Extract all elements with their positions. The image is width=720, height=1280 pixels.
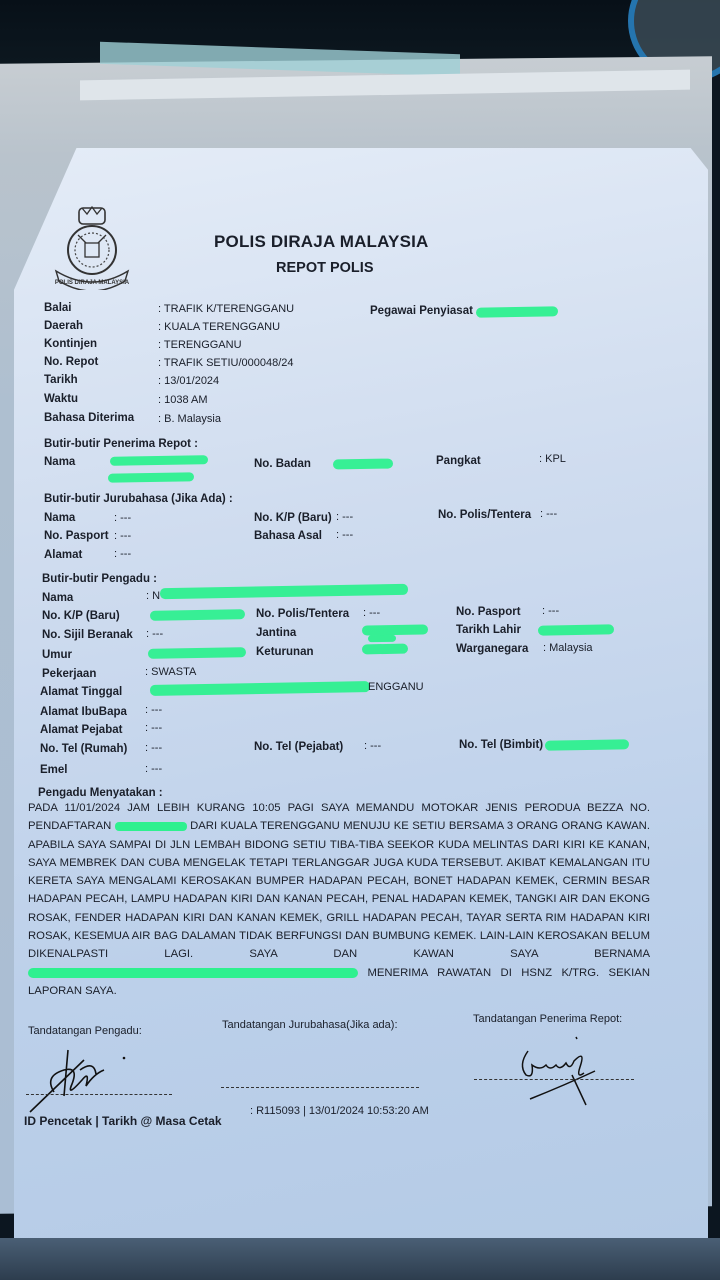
redaction-mark [28, 968, 358, 978]
interpreter-signature-label: Tandatangan Jurubahasa(Jika ada): [222, 1019, 398, 1031]
pdrm-crest-icon: POLIS DIRAJA MALAYSIA [52, 205, 132, 290]
redaction-mark [476, 306, 558, 317]
field-label: Pekerjaan [42, 668, 96, 680]
redaction-mark [148, 647, 246, 659]
rank-value: : KPL [539, 453, 566, 465]
field-label: Kontinjen [44, 338, 97, 350]
statement-body: PADA 11/01/2024 JAM LEBIH KURANG 10:05 P… [28, 799, 650, 1000]
org-title: POLIS DIRAJA MALAYSIA [214, 232, 429, 252]
field-label: Bahasa Diterima [44, 412, 134, 424]
report-title: REPOT POLIS [276, 260, 374, 276]
report-number: : TRAFIK SETIU/000048/24 [158, 357, 294, 369]
field-label: Keturunan [256, 646, 314, 658]
field-label: Nama [44, 512, 75, 524]
field-label: Waktu [44, 393, 78, 405]
complainant-signature-label: Tandatangan Pengadu: [28, 1025, 142, 1037]
svg-text:POLIS DIRAJA MALAYSIA: POLIS DIRAJA MALAYSIA [55, 280, 130, 286]
field-label: Umur [42, 649, 72, 661]
redaction-mark [362, 644, 408, 655]
print-info-value: : R115093 | 13/01/2024 10:53:20 AM [250, 1105, 429, 1117]
field-label: Alamat [44, 549, 82, 561]
field-value: : --- [146, 628, 163, 640]
field-value: : --- [363, 607, 380, 619]
field-value: : --- [336, 511, 353, 523]
print-info-label: ID Pencetak | Tarikh @ Masa Cetak [24, 1114, 222, 1128]
redaction-mark [538, 624, 614, 635]
field-label: Emel [40, 764, 68, 776]
field-value: : TRAFIK K/TERENGGANU [158, 303, 294, 315]
field-label: No. Badan [254, 458, 311, 470]
field-label: No. Repot [44, 356, 98, 368]
field-label: Tarikh [44, 374, 78, 386]
field-label: Nama [44, 456, 75, 468]
redaction-mark [150, 609, 245, 621]
field-value: : --- [145, 763, 162, 775]
field-value: : --- [145, 742, 162, 754]
recipient-signature-label: Tandatangan Penerima Repot: [473, 1013, 622, 1025]
field-value: : TERENGGANU [158, 339, 242, 351]
field-value: : B. Malaysia [158, 413, 221, 425]
field-label: No. Polis/Tentera [438, 509, 531, 521]
statement-text: DARI KUALA TERENGGANU MENUJU KE SETIU BE… [28, 820, 650, 960]
field-value: : --- [540, 508, 557, 520]
redaction-mark [362, 624, 428, 635]
field-value: : --- [336, 529, 353, 541]
field-value: : SWASTA [145, 666, 196, 678]
signature-line [474, 1079, 634, 1080]
redaction-mark [333, 458, 393, 469]
field-value: ENGGANU [368, 681, 424, 693]
field-value: : --- [542, 605, 559, 617]
field-value: : --- [364, 740, 381, 752]
section-title-complainant: Butir-butir Pengadu : [42, 573, 157, 585]
field-label: No. K/P (Baru) [254, 512, 332, 524]
redaction-mark [110, 455, 208, 466]
section-title-recipient: Butir-butir Penerima Repot : [44, 438, 198, 450]
field-label: No. Pasport [456, 606, 521, 618]
field-label: Balai [44, 302, 72, 314]
field-value: : --- [114, 512, 131, 524]
field-value: : --- [145, 704, 162, 716]
signature-line [221, 1087, 419, 1088]
complainant-signature [24, 1040, 134, 1115]
recipient-signature [510, 1035, 620, 1107]
field-label: No. Polis/Tentera [256, 608, 349, 620]
section-title-interpreter: Butir-butir Jurubahasa (Jika Ada) : [44, 493, 233, 505]
field-label: Tarikh Lahir [456, 624, 521, 636]
field-value: : Malaysia [543, 642, 593, 654]
field-value: : KUALA TERENGGANU [158, 321, 280, 333]
field-label: Jantina [256, 627, 296, 639]
field-value: : --- [114, 548, 131, 560]
field-label: Warganegara [456, 643, 528, 655]
redaction-mark [150, 681, 370, 696]
investigating-officer-label: Pegawai Penyiasat [370, 305, 473, 317]
field-label: Pangkat [436, 455, 481, 467]
field-label: No. K/P (Baru) [42, 610, 120, 622]
field-label: Alamat IbuBapa [40, 706, 127, 718]
field-label: No. Sijil Beranak [42, 629, 133, 641]
signature-line [26, 1094, 172, 1095]
statement-title: Pengadu Menyatakan : [38, 787, 163, 799]
redaction-mark [368, 635, 396, 642]
field-label: No. Tel (Bimbit) [459, 739, 543, 751]
report-time: : 1038 AM [158, 394, 208, 406]
field-label: Alamat Pejabat [40, 724, 122, 736]
redaction-mark [545, 739, 629, 750]
redaction-mark [160, 584, 408, 599]
police-report-document: POLIS DIRAJA MALAYSIA POLIS DIRAJA MALAY… [0, 0, 720, 1280]
field-value: : N [146, 590, 160, 602]
field-label: No. Tel (Pejabat) [254, 741, 343, 753]
field-label: Nama [42, 592, 73, 604]
field-value: : --- [114, 530, 131, 542]
field-label: No. Pasport [44, 530, 109, 542]
redaction-mark [108, 472, 194, 482]
field-label: Daerah [44, 320, 83, 332]
field-value: : --- [145, 722, 162, 734]
field-label: Bahasa Asal [254, 530, 322, 542]
field-label: Alamat Tinggal [40, 686, 122, 698]
field-label: No. Tel (Rumah) [40, 743, 127, 755]
redaction-mark [115, 822, 187, 831]
report-date: : 13/01/2024 [158, 375, 219, 387]
